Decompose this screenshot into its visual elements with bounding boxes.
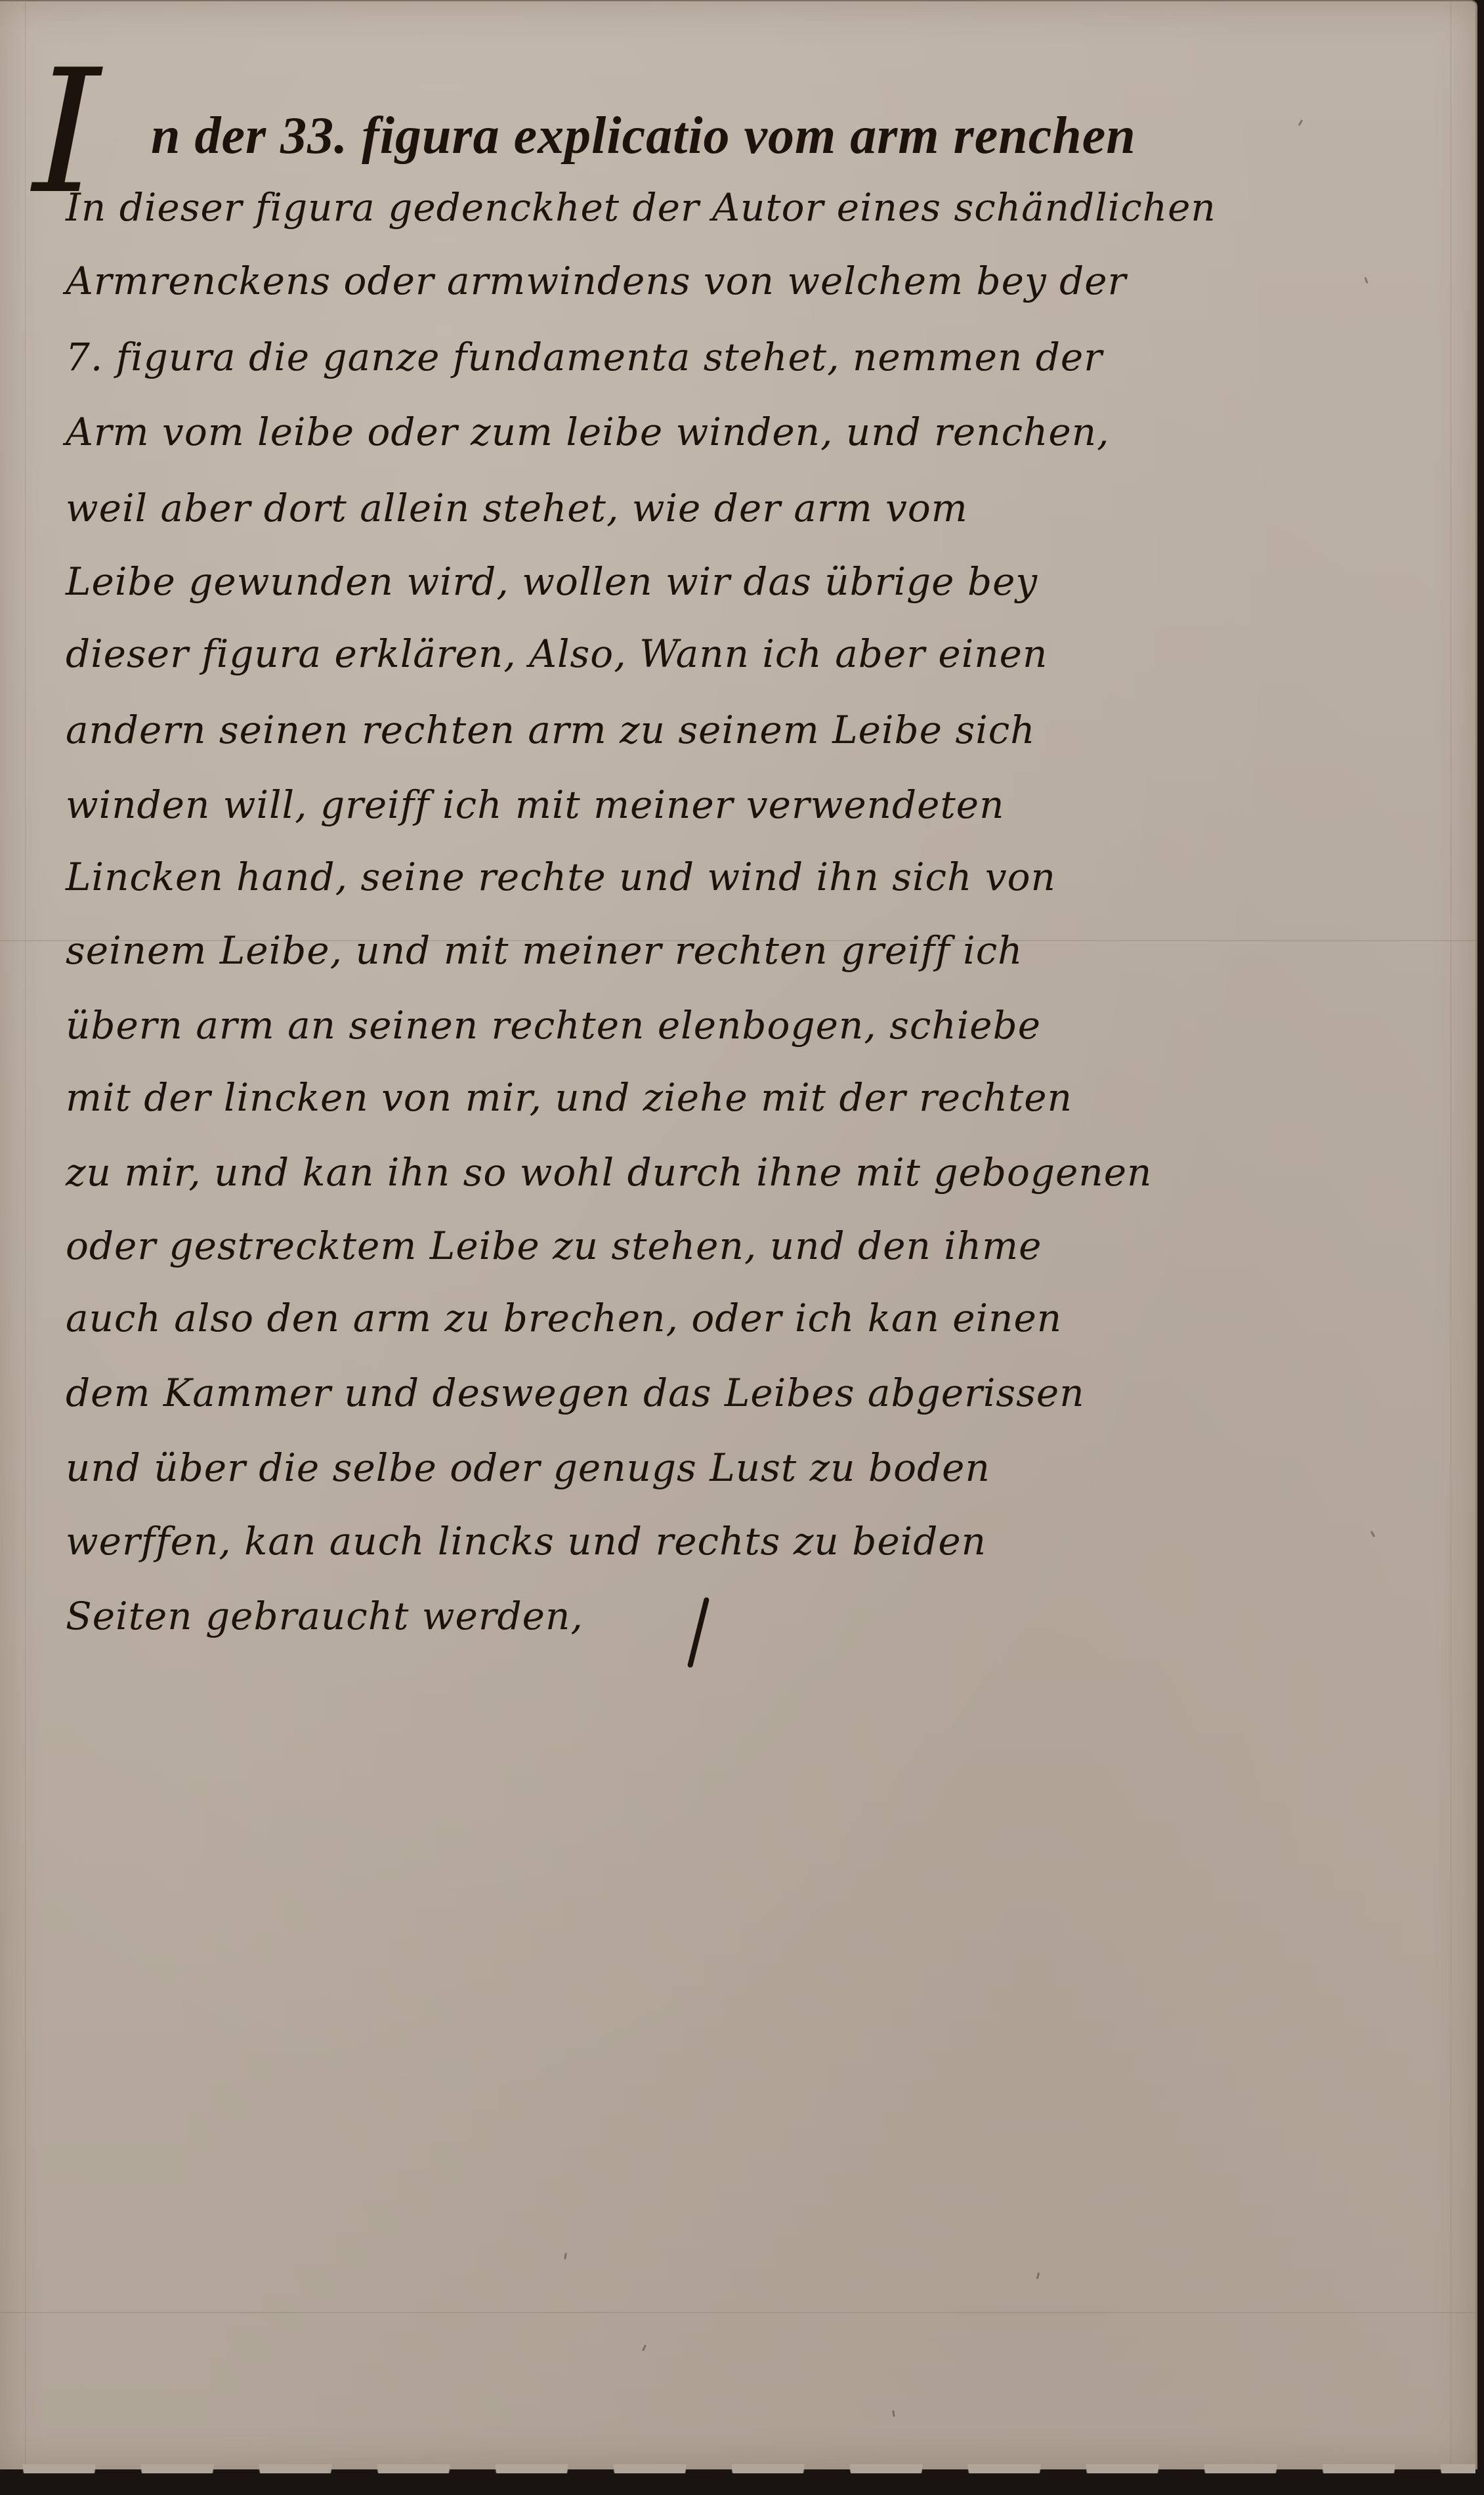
text-line: Armrenckens oder armwindens von welchem …	[66, 259, 1126, 303]
text-line: seinem Leibe, und mit meiner rechten gre…	[66, 928, 1023, 973]
text-line: auch also den arm zu brechen, oder ich k…	[66, 1296, 1062, 1340]
paper-speck	[1364, 277, 1368, 284]
paper-speck	[1370, 1531, 1376, 1537]
text-line: und über die selbe oder genugs Lust zu b…	[66, 1445, 990, 1490]
text-line: dieser figura erklären, Also, Wann ich a…	[66, 631, 1048, 676]
text-line: mit der lincken von mir, und ziehe mit d…	[66, 1075, 1072, 1120]
text-line: dem Kammer und deswegen das Leibes abger…	[66, 1371, 1085, 1415]
text-line: winden will, greiff ich mit meiner verwe…	[66, 782, 1004, 827]
text-line: 7. figura die ganze fundamenta stehet, n…	[66, 335, 1103, 379]
text-line: Arm vom leibe oder zum leibe winden, und…	[66, 410, 1110, 454]
text-line: andern seinen rechten arm zu seinem Leib…	[66, 708, 1036, 752]
paper-speck	[892, 2410, 895, 2417]
paper-speck	[642, 2345, 647, 2351]
text-line: weil aber dort allein stehet, wie der ar…	[66, 486, 968, 530]
manuscript-page: I n der 33. figura explicatio vom arm re…	[0, 0, 1477, 2469]
text-line: übern arm an seinen rechten elenbogen, s…	[66, 1003, 1041, 1048]
end-of-text-mark	[687, 1597, 710, 1669]
paper-speck	[1298, 119, 1304, 126]
paper-speck	[1036, 2272, 1040, 2279]
heading-line: n der 33. figura explicatio vom arm renc…	[151, 106, 1136, 166]
paper-speck	[564, 2253, 567, 2259]
paper-fold	[0, 2312, 1475, 2313]
text-line: werffen, kan auch lincks und rechts zu b…	[66, 1519, 986, 1564]
text-line: oder gestrecktem Leibe zu stehen, und de…	[66, 1224, 1042, 1268]
text-line: zu mir, und kan ihn so wohl durch ihne m…	[66, 1150, 1152, 1195]
right-margin-rule	[1451, 1, 1451, 2469]
text-line: In dieser figura gedenckhet der Autor ei…	[66, 185, 1216, 230]
left-margin-rule	[25, 1, 26, 2469]
text-line: Lincken hand, seine rechte und wind ihn …	[66, 855, 1056, 899]
text-line: Seiten gebraucht werden,	[66, 1594, 583, 1638]
text-line: Leibe gewunden wird, wollen wir das übri…	[66, 559, 1038, 604]
